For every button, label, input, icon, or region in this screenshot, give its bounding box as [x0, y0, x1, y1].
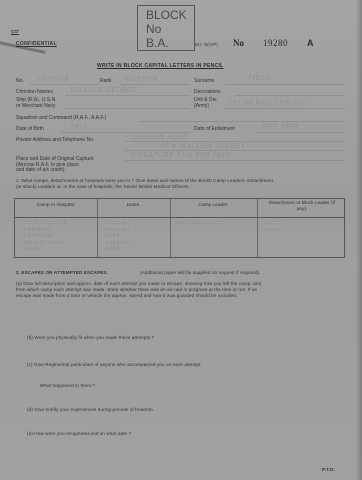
- table-cell: UBON: [23, 246, 68, 253]
- section2-a-line-1: (a) Give full description and approx. da…: [16, 281, 261, 286]
- co-mark: CO': [11, 29, 19, 34]
- christian-names-label: Christian Names: [16, 89, 53, 95]
- header-dates: Dates.: [97, 203, 170, 208]
- capture-field[interactable]: SINGAPORE 15th FEB 1942: [130, 152, 230, 159]
- instruction-heading: WRITE IN BLOCK CAPITAL LETTERS IN PENCIL: [97, 63, 224, 69]
- header-block-leader: Detachment or Block Leader (if any).: [263, 201, 341, 212]
- document-page: CO' CONFIDENTIAL BLOCK No B.A. M.I. 9/(A…: [0, 0, 362, 480]
- number-suffix: A: [307, 38, 314, 48]
- section2-a-line-3: escape was made from a train or vehicle …: [16, 293, 237, 298]
- rank-underline: [120, 84, 190, 85]
- table-cell: 1942-43: [105, 220, 130, 227]
- no-underline: [30, 84, 100, 85]
- christian-names-underline: [65, 95, 190, 96]
- rank-label: Rank: [100, 78, 112, 84]
- col-divider-3: [257, 199, 258, 257]
- ship-underline: [65, 108, 190, 109]
- table-cell: MATTERSHEAD: [175, 220, 223, 227]
- camps-table: Camp or Hospital. Dates. Camp Leader. De…: [14, 198, 345, 258]
- stamp-line-2: No: [146, 22, 194, 36]
- table-cell: NON POMDUK: [23, 220, 68, 227]
- section2-c-follow: What happened to them ?: [40, 383, 95, 388]
- unit-field[interactable]: 155 Fd Regt 11th Div: [228, 100, 305, 107]
- surname-field[interactable]: FIELD: [248, 75, 271, 82]
- section2-c: (c) Give Regimental particulars of anyon…: [27, 362, 202, 367]
- section2-note: (Additional paper will be supplied on re…: [140, 270, 261, 275]
- dob-label: Date of Birth: [16, 126, 44, 132]
- address-underline-1: [125, 141, 345, 142]
- squadron-label: Squadron and Command (R.A.F., A.A.F.): [16, 115, 106, 121]
- rank-field[interactable]: GUNNER: [125, 76, 158, 83]
- leader-column[interactable]: MATTERSHEAD: [175, 220, 223, 227]
- enlistment-label: Date of Enlistment: [194, 126, 235, 132]
- section1-question-line-2: (or Block) Leaders or, in the case of ho…: [16, 184, 189, 189]
- no-label: No.: [16, 78, 24, 84]
- capture-label-line-3: and date of a/c crash).: [16, 168, 94, 174]
- unit-label: Unit & Div. (Army): [194, 98, 217, 109]
- dates-column[interactable]: 1942-43 1943-44 1944 1944-45 1945: [105, 220, 130, 253]
- stamp-line-3: B.A.: [146, 36, 194, 50]
- address-underline-2: [125, 150, 345, 151]
- header-camp-leader: Camp Leader.: [170, 203, 257, 208]
- decorations-label: Decorations: [194, 89, 221, 95]
- surname-label: Surname: [194, 78, 214, 84]
- block-stamp: BLOCK No B.A.: [137, 5, 195, 51]
- capture-underline: [125, 160, 345, 161]
- unit-underline: [225, 108, 345, 109]
- squadron-underline: [140, 121, 345, 122]
- address-line-1[interactable]: LONDON ROAD: [132, 134, 188, 141]
- number-label: No: [233, 38, 244, 48]
- decorations-underline: [235, 95, 345, 96]
- section1-question-line-1: 1. What camps, detachments or hospitals …: [16, 178, 273, 183]
- address-line-2[interactable]: NEW MALDEN SURREY: [160, 143, 245, 150]
- surname-underline: [225, 84, 345, 85]
- section2-d: (d) Give briefly your experiences during…: [27, 407, 154, 412]
- camp-column[interactable]: NON POMDUK KANBURI BANGKOK NON PLADUK UB…: [23, 220, 68, 253]
- dob-field[interactable]: 1921: [70, 124, 88, 131]
- dob-underline: [60, 132, 190, 133]
- header-camp: Camp or Hospital.: [15, 203, 97, 208]
- enlistment-underline: [255, 132, 345, 133]
- address-label: Private Address and Telephone No.: [16, 137, 94, 143]
- table-cell: 1945: [105, 246, 130, 253]
- section2-title: 2. ESCAPES OR ATTEMPTED ESCAPES.: [16, 270, 108, 275]
- unit-label-line-2: (Army): [194, 104, 217, 110]
- no-field[interactable]: 1037744: [38, 76, 69, 83]
- ship-label: Ship (R.N., U.S.N. or Merchant Navy: [16, 98, 57, 109]
- stamp-line-1: BLOCK: [146, 8, 194, 22]
- ship-label-line-2: or Merchant Navy: [16, 104, 57, 110]
- christian-names-field[interactable]: WILLIAM GEORGE: [70, 87, 137, 94]
- enlistment-field[interactable]: NOV 1940: [262, 123, 298, 130]
- table-cell: Capt ...: [265, 227, 288, 234]
- header-divider: [15, 217, 344, 218]
- pto-label: P.T.O.: [322, 467, 335, 472]
- form-reference: M.I. 9/(AP): [195, 42, 218, 47]
- page-edge-shadow: [356, 0, 362, 480]
- section2-e: (e) How were you recaptured and on what …: [27, 431, 131, 436]
- section2-b: (b) Were you physically fit when you mad…: [27, 335, 154, 340]
- classification-label: CONFIDENTIAL: [16, 41, 57, 47]
- block-leader-column[interactable]: Sgt ... Capt ...: [265, 220, 288, 233]
- document-number: 19280: [263, 38, 288, 48]
- section2-a-line-2: from which camp each attempt was made. S…: [16, 287, 257, 292]
- capture-label: Place and Date of Original Capture (Airc…: [16, 157, 94, 174]
